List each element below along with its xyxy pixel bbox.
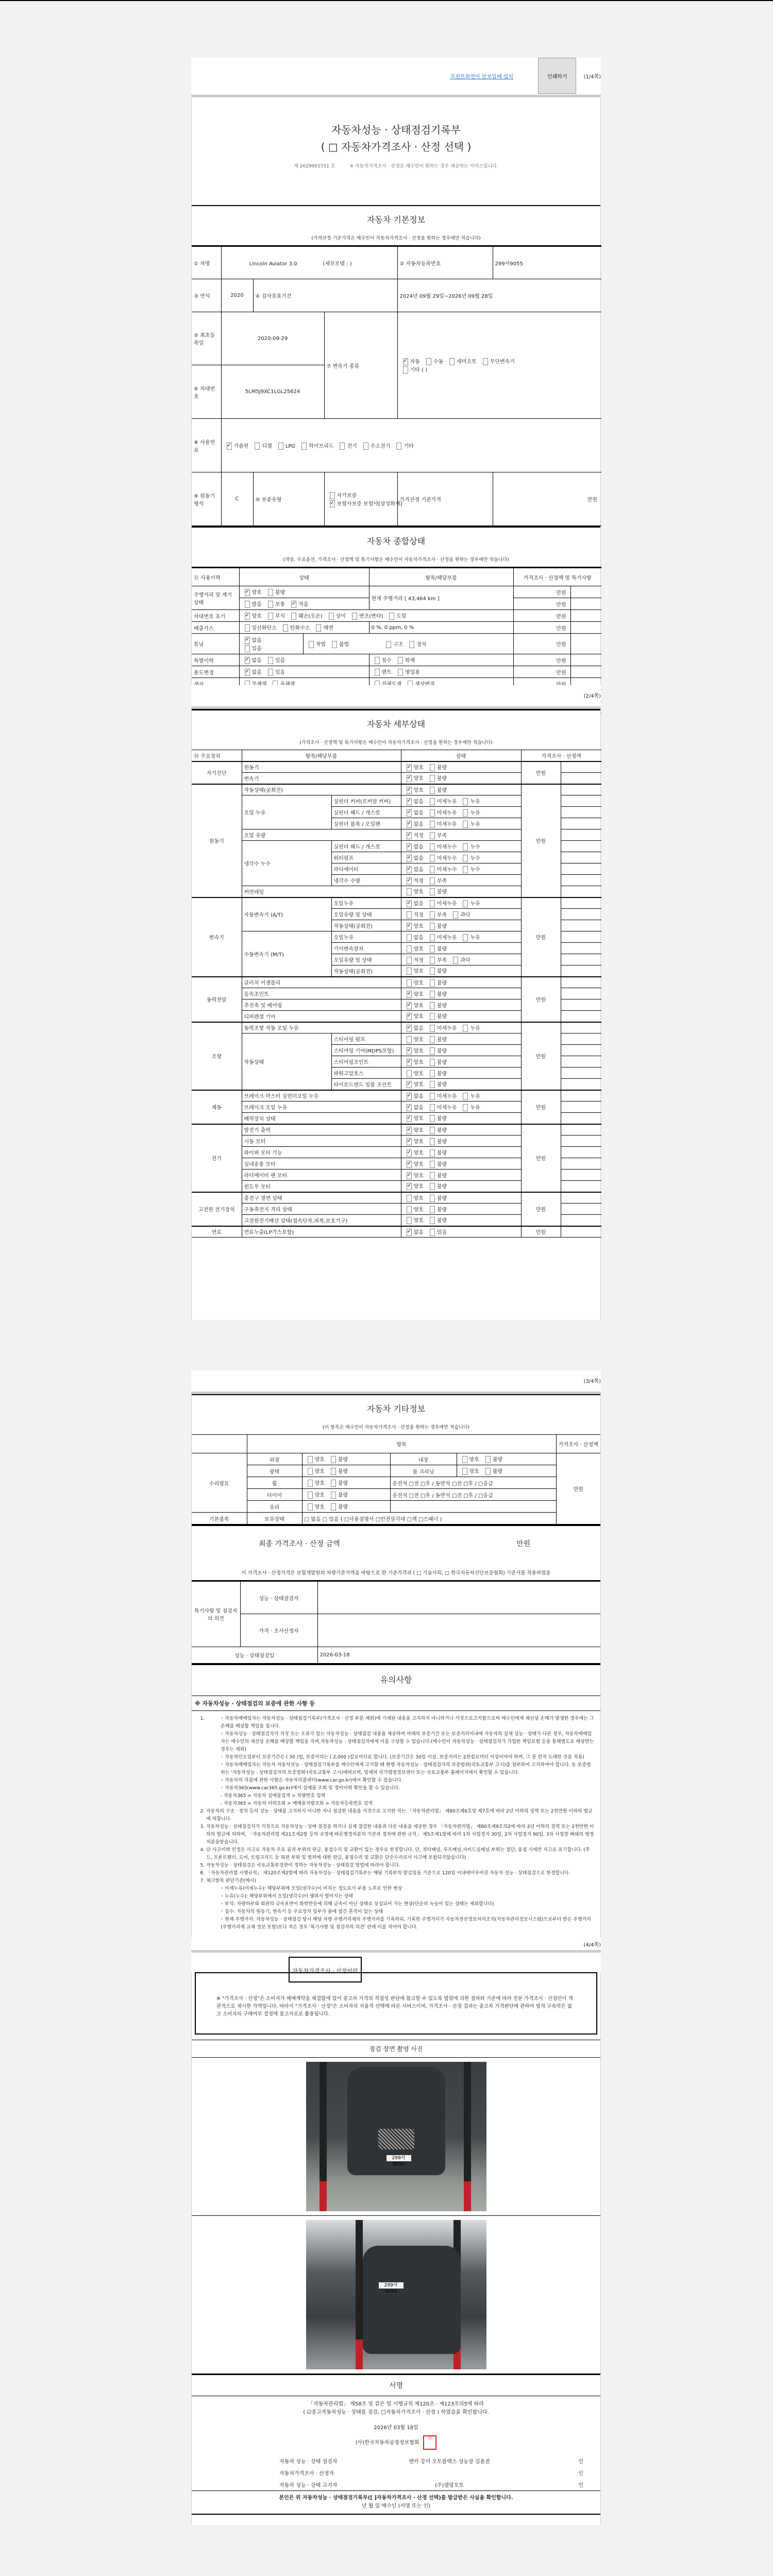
checkbox-option[interactable]: 적정 (404, 876, 424, 885)
checkbox-option[interactable]: 변조(변타) (349, 612, 383, 620)
checkbox[interactable] (407, 957, 412, 964)
checkbox-option[interactable]: 양호 (404, 1137, 424, 1145)
checkbox[interactable] (331, 1468, 336, 1475)
checkbox-option[interactable]: 불량 (427, 922, 447, 930)
checkbox-option[interactable]: 양호 (305, 1479, 325, 1487)
checkbox-option[interactable]: 누유 (460, 1092, 480, 1100)
checkbox[interactable] (463, 809, 468, 817)
checkbox[interactable] (430, 1070, 435, 1077)
checkbox-option[interactable]: 부식 (265, 612, 285, 620)
checkbox-option[interactable]: 불량 (427, 1046, 447, 1055)
checkbox-option[interactable]: 적정 (404, 956, 424, 964)
checkbox[interactable] (430, 1138, 435, 1145)
checkbox-option[interactable]: 양호 (404, 763, 424, 771)
checkbox[interactable] (430, 957, 435, 964)
checkbox-option[interactable]: 미세누유 (427, 933, 457, 941)
checkbox[interactable] (485, 1456, 491, 1463)
checkbox[interactable] (407, 1025, 412, 1032)
checkbox[interactable] (407, 764, 412, 771)
checkbox[interactable] (462, 1468, 467, 1475)
checkbox[interactable] (308, 1480, 313, 1487)
checkbox[interactable] (308, 1492, 313, 1499)
checkbox-option[interactable]: 누유 (460, 899, 480, 907)
checkbox-option[interactable]: 불량 (328, 1490, 348, 1499)
checkbox-option[interactable]: 양호 (404, 1171, 424, 1179)
checkbox-option[interactable]: 일산화탄소 (242, 623, 277, 632)
checkbox-option[interactable]: 불량 (427, 1216, 447, 1224)
checkbox[interactable] (407, 888, 412, 895)
checkbox[interactable] (430, 764, 435, 771)
print-button[interactable]: 인쇄하기 (538, 58, 576, 94)
checkbox-option[interactable]: 불량 (427, 1148, 447, 1157)
checkbox[interactable] (430, 1104, 435, 1111)
checkbox[interactable] (463, 934, 468, 941)
checkbox-option[interactable]: 기타 ( ) (400, 365, 427, 374)
checkbox-option[interactable]: 누유 (460, 933, 480, 941)
checkbox-option[interactable]: 불량 (427, 786, 447, 794)
checkbox[interactable] (407, 1104, 412, 1111)
checkbox-option[interactable]: 불량 (427, 887, 447, 895)
checkbox[interactable] (407, 1229, 412, 1236)
checkbox[interactable] (407, 1127, 412, 1134)
checkbox[interactable] (407, 991, 412, 998)
checkbox-option[interactable]: 있음 (427, 1228, 447, 1236)
checkbox[interactable] (449, 358, 455, 365)
checkbox[interactable] (407, 1115, 412, 1122)
checkbox-option[interactable]: 양호 (404, 1001, 424, 1009)
checkbox-option[interactable]: 없음 (404, 1228, 424, 1236)
checkbox[interactable] (330, 500, 335, 507)
checkbox-option[interactable]: 양호 (404, 1126, 424, 1134)
checkbox-option[interactable]: 양호 (404, 1058, 424, 1066)
checkbox-option[interactable]: 보통 (265, 600, 285, 608)
checkbox-option[interactable]: 불량 (427, 1001, 447, 1009)
checkbox-option[interactable]: 훼손(오손) (288, 612, 322, 620)
checkbox[interactable] (453, 957, 458, 964)
checkbox-option[interactable]: 보험사보증 보험사[삼성화재] (327, 499, 402, 507)
checkbox-option[interactable]: 적정 (404, 831, 424, 839)
checkbox-option[interactable]: 미세누유 (427, 899, 457, 907)
checkbox[interactable] (316, 624, 321, 632)
checkbox-option[interactable]: LPG (275, 443, 295, 450)
checkbox[interactable] (331, 1503, 336, 1511)
checkbox[interactable] (407, 843, 412, 851)
checkbox[interactable] (430, 1081, 435, 1088)
checkbox[interactable] (291, 601, 296, 608)
checkbox[interactable] (407, 832, 412, 839)
checkbox-option[interactable]: 가솔린 (224, 442, 249, 450)
checkbox[interactable] (375, 657, 380, 664)
checkbox-option[interactable]: 불량 (328, 1502, 348, 1511)
checkbox-option[interactable]: 불량 (427, 1114, 447, 1122)
checkbox-option[interactable]: 누유 (460, 797, 480, 805)
checkbox-option[interactable]: 양호 (404, 1216, 424, 1224)
checkbox[interactable] (430, 1127, 435, 1134)
checkbox[interactable] (430, 900, 435, 907)
checkbox[interactable] (407, 821, 412, 828)
checkbox[interactable] (227, 443, 232, 450)
checkbox-option[interactable]: 양호 (404, 1194, 424, 1202)
checkbox-option[interactable]: 없음 (404, 1024, 424, 1032)
checkbox-option[interactable]: 미세누유 (427, 797, 457, 805)
checkbox-option[interactable]: 양호 (404, 1046, 424, 1055)
checkbox[interactable] (407, 855, 412, 862)
checkbox-option[interactable]: 양호 (404, 1012, 424, 1020)
checkbox-option[interactable]: 탄화수소 (280, 623, 310, 632)
checkbox-option[interactable]: 불량 (427, 990, 447, 998)
checkbox[interactable] (407, 968, 412, 975)
checkbox[interactable] (407, 1093, 412, 1100)
checkbox[interactable] (389, 613, 394, 620)
checkbox-option[interactable]: 영업용 (395, 668, 420, 676)
checkbox-option[interactable]: 미세누수 (427, 854, 457, 862)
checkbox[interactable] (329, 613, 334, 620)
checkbox[interactable] (407, 1013, 412, 1020)
checkbox[interactable] (407, 1059, 412, 1066)
checkbox[interactable] (407, 1217, 412, 1224)
checkbox[interactable] (430, 1013, 435, 1020)
checkbox-option[interactable]: 불량 (427, 1126, 447, 1134)
checkbox-option[interactable]: 불량 (328, 1479, 348, 1487)
checkbox[interactable] (430, 1161, 435, 1168)
checkbox[interactable] (430, 866, 435, 873)
checkbox[interactable] (407, 1081, 412, 1088)
checkbox[interactable] (483, 358, 488, 365)
checkbox-option[interactable]: 수동 (423, 357, 443, 365)
checkbox[interactable] (308, 1468, 313, 1475)
checkbox[interactable] (407, 1195, 412, 1202)
checkbox[interactable] (340, 443, 345, 450)
checkbox-option[interactable]: 양호 (242, 588, 262, 596)
checkbox[interactable] (463, 866, 468, 873)
checkbox-option[interactable]: 양호 (404, 1148, 424, 1157)
checkbox-option[interactable]: 양호 (404, 1205, 424, 1213)
checkbox-option[interactable]: 양호 (305, 1490, 325, 1499)
checkbox-option[interactable]: 양호 (404, 1114, 424, 1122)
checkbox-option[interactable]: 불량 (427, 967, 447, 975)
checkbox[interactable] (430, 911, 435, 919)
checkbox[interactable] (403, 366, 408, 374)
checkbox-option[interactable]: 부족 (427, 831, 447, 839)
checkbox-option[interactable]: 양호 (404, 1069, 424, 1077)
checkbox[interactable] (245, 657, 250, 664)
checkbox[interactable] (255, 443, 260, 450)
checkbox[interactable] (245, 669, 250, 676)
checkbox-option[interactable]: 자동 (400, 357, 420, 365)
checkbox-option[interactable]: 없음 (404, 1103, 424, 1111)
checkbox[interactable] (430, 1093, 435, 1100)
checkbox-option[interactable]: 디젤 (251, 442, 272, 450)
checkbox-option[interactable]: 부족 (427, 910, 447, 919)
checkbox[interactable] (430, 809, 435, 817)
checkbox[interactable] (403, 358, 408, 365)
checkbox-option[interactable]: 불량 (427, 1182, 447, 1190)
checkbox-option[interactable]: 무단변속기 (480, 357, 515, 365)
checkbox[interactable] (407, 877, 412, 885)
checkbox-option[interactable]: 양호 (404, 978, 424, 987)
checkbox[interactable] (430, 1025, 435, 1032)
checkbox-option[interactable]: 있음 (265, 668, 285, 676)
checkbox-option[interactable]: 침수 (372, 656, 392, 664)
checkbox-option[interactable]: 양호 (404, 922, 424, 930)
checkbox[interactable] (430, 1047, 435, 1055)
checkbox-option[interactable]: 양호 (404, 990, 424, 998)
checkbox[interactable] (430, 1217, 435, 1224)
checkbox-option[interactable]: 불량 (427, 774, 447, 782)
checkbox-option[interactable]: 양호 (404, 944, 424, 953)
checkbox-option[interactable]: 수소전기 (360, 442, 391, 450)
checkbox-option[interactable]: 누수 (460, 842, 480, 851)
checkbox[interactable] (291, 613, 296, 620)
checkbox-option[interactable]: 누유 (460, 820, 480, 828)
checkbox[interactable] (407, 923, 412, 930)
checkbox[interactable] (386, 641, 391, 648)
checkbox-option[interactable]: 불법 (329, 640, 349, 648)
checkbox[interactable] (363, 443, 368, 450)
checkbox[interactable] (407, 775, 412, 782)
checkbox-option[interactable]: 불량 (482, 1467, 502, 1475)
checkbox[interactable] (463, 843, 468, 851)
checkbox[interactable] (245, 637, 250, 644)
checkbox-option[interactable]: 미세누유 (427, 1103, 457, 1111)
checkbox-option[interactable]: 화재 (395, 656, 415, 664)
checkbox-option[interactable]: 불량 (427, 763, 447, 771)
checkbox[interactable] (330, 492, 335, 499)
checkbox-option[interactable]: 없음 (242, 668, 262, 676)
checkbox-option[interactable]: 자가보증 (327, 491, 357, 499)
checkbox-option[interactable]: 매연 (313, 623, 333, 632)
checkbox[interactable] (309, 641, 314, 648)
checkbox[interactable] (352, 613, 357, 620)
checkbox-option[interactable]: 양호 (305, 1467, 325, 1475)
checkbox[interactable] (430, 923, 435, 930)
checkbox-option[interactable]: 불량 (427, 1137, 447, 1145)
checkbox[interactable] (407, 934, 412, 941)
checkbox-option[interactable]: 누유 (460, 1103, 480, 1111)
checkbox-option[interactable]: 양호 (459, 1455, 479, 1463)
checkbox[interactable] (430, 1183, 435, 1190)
checkbox-option[interactable]: 없음 (404, 1092, 424, 1100)
checkbox[interactable] (463, 1025, 468, 1032)
checkbox-option[interactable]: 불량 (427, 1069, 447, 1077)
checkbox-option[interactable]: 불량 (427, 1160, 447, 1168)
checkbox-option[interactable]: 기타 (393, 442, 413, 450)
checkbox[interactable] (463, 855, 468, 862)
checkbox-option[interactable]: 불량 (328, 1455, 348, 1463)
checkbox-option[interactable]: 양호 (242, 612, 262, 620)
checkbox-option[interactable]: 불량 (328, 1467, 348, 1475)
checkbox-option[interactable]: 하이브리드 (298, 442, 333, 450)
checkbox[interactable] (430, 877, 435, 885)
checkbox[interactable] (245, 645, 250, 652)
checkbox[interactable] (463, 1104, 468, 1111)
checkbox[interactable] (430, 1059, 435, 1066)
checkbox-option[interactable]: 없음 (404, 808, 424, 817)
checkbox-option[interactable]: 없음 (404, 899, 424, 907)
checkbox-option[interactable]: 없음 (404, 797, 424, 805)
checkbox[interactable] (407, 1161, 412, 1168)
checkbox[interactable] (268, 613, 273, 620)
checkbox-option[interactable]: 미세누유 (427, 808, 457, 817)
checkbox-option[interactable]: 양호 (404, 774, 424, 782)
checkbox-option[interactable]: 불량 (427, 1194, 447, 1202)
checkbox-option[interactable]: 상이 (326, 612, 346, 620)
checkbox[interactable] (278, 443, 283, 450)
checkbox-option[interactable]: 누수 (460, 854, 480, 862)
checkbox[interactable] (430, 1195, 435, 1202)
checkbox[interactable] (430, 888, 435, 895)
checkbox-option[interactable]: 불량 (427, 1205, 447, 1213)
checkbox-option[interactable]: 없음 (404, 933, 424, 941)
checkbox-option[interactable]: 미세누수 (427, 842, 457, 851)
checkbox[interactable] (407, 787, 412, 794)
checkbox-option[interactable]: 없음 (404, 854, 424, 862)
checkbox-option[interactable]: 미세누수 (427, 865, 457, 873)
checkbox-option[interactable]: 양호 (404, 967, 424, 975)
checkbox[interactable] (268, 589, 273, 596)
checkbox[interactable] (463, 798, 468, 805)
checkbox[interactable] (331, 1480, 336, 1487)
checkbox[interactable] (375, 669, 380, 676)
checkbox[interactable] (407, 809, 412, 817)
checkbox-option[interactable]: 있음 (242, 644, 262, 652)
checkbox[interactable] (301, 443, 307, 450)
checkbox[interactable] (407, 945, 412, 953)
checkbox[interactable] (407, 1047, 412, 1055)
checkbox-option[interactable]: 불량 (427, 978, 447, 987)
checkbox[interactable] (430, 787, 435, 794)
checkbox-option[interactable]: 불량 (427, 1012, 447, 1020)
checkbox-option[interactable]: 양호 (404, 1080, 424, 1088)
checkbox[interactable] (308, 1503, 313, 1511)
checkbox-option[interactable]: 적정 (404, 910, 424, 919)
checkbox-option[interactable]: 구조 (383, 640, 403, 648)
checkbox[interactable] (462, 1456, 467, 1463)
checkbox-option[interactable]: 불량 (427, 1171, 447, 1179)
checkbox[interactable] (407, 1070, 412, 1077)
checkbox[interactable] (430, 775, 435, 782)
checkbox[interactable] (268, 601, 273, 608)
checkbox[interactable] (407, 1036, 412, 1043)
checkbox[interactable] (407, 1183, 412, 1190)
checkbox[interactable] (245, 624, 250, 632)
checkbox[interactable] (396, 443, 401, 450)
checkbox[interactable] (407, 1172, 412, 1179)
checkbox[interactable] (283, 624, 288, 632)
checkbox[interactable] (430, 1229, 435, 1236)
checkbox-option[interactable]: 미세누유 (427, 1092, 457, 1100)
checkbox[interactable] (430, 1172, 435, 1179)
checkbox[interactable] (407, 1138, 412, 1145)
checkbox-option[interactable]: 세미오토 (446, 357, 477, 365)
checkbox[interactable] (407, 1149, 412, 1157)
checkbox[interactable] (463, 1093, 468, 1100)
checkbox-option[interactable]: 없음 (242, 656, 262, 664)
checkbox-option[interactable]: 양호 (404, 1160, 424, 1168)
checkbox[interactable] (407, 798, 412, 805)
checkbox-option[interactable]: 누수 (460, 865, 480, 873)
checkbox-option[interactable]: 불량 (427, 944, 447, 953)
checkbox-option[interactable]: 도말 (386, 612, 406, 620)
checkbox[interactable] (430, 1036, 435, 1043)
checkbox[interactable] (308, 1456, 313, 1463)
checkbox[interactable] (430, 1115, 435, 1122)
checkbox[interactable] (430, 832, 435, 839)
checkbox[interactable] (430, 945, 435, 953)
checkbox-option[interactable]: 부족 (427, 876, 447, 885)
checkbox[interactable] (268, 657, 273, 664)
checkbox[interactable] (430, 1002, 435, 1009)
checkbox[interactable] (485, 1468, 491, 1475)
checkbox[interactable] (245, 601, 250, 608)
checkbox[interactable] (430, 1206, 435, 1213)
checkbox[interactable] (463, 821, 468, 828)
checkbox-option[interactable]: 양호 (459, 1467, 479, 1475)
checkbox[interactable] (430, 934, 435, 941)
checkbox[interactable] (245, 613, 250, 620)
checkbox-option[interactable]: 양호 (404, 1182, 424, 1190)
checkbox-option[interactable]: 불량 (482, 1455, 502, 1463)
checkbox-option[interactable]: 누유 (460, 808, 480, 817)
checkbox-option[interactable]: 전기 (337, 442, 357, 450)
checkbox[interactable] (430, 843, 435, 851)
checkbox-option[interactable]: 적음 (288, 600, 308, 608)
checkbox[interactable] (430, 979, 435, 987)
checkbox-option[interactable]: 양호 (305, 1502, 325, 1511)
checkbox-option[interactable]: 미세누유 (427, 820, 457, 828)
checkbox-option[interactable]: 있음 (265, 656, 285, 664)
checkbox-option[interactable]: 많음 (242, 600, 262, 608)
checkbox[interactable] (398, 657, 403, 664)
checkbox[interactable] (430, 991, 435, 998)
checkbox-option[interactable]: 미세누유 (427, 1024, 457, 1032)
checkbox-option[interactable]: 적법 (306, 640, 326, 648)
checkbox[interactable] (331, 1492, 336, 1499)
checkbox[interactable] (426, 358, 431, 365)
checkbox[interactable] (332, 641, 337, 648)
checkbox[interactable] (398, 669, 403, 676)
checkbox-option[interactable]: 불량 (427, 1080, 447, 1088)
checkbox[interactable] (430, 855, 435, 862)
checkbox-option[interactable]: 장치 (406, 640, 426, 648)
checkbox-option[interactable]: 불량 (427, 1035, 447, 1043)
checkbox[interactable] (463, 900, 468, 907)
checkbox-option[interactable]: 과다 (450, 910, 470, 919)
checkbox-option[interactable]: 양호 (404, 887, 424, 895)
checkbox-option[interactable]: 없음 (242, 636, 262, 644)
checkbox[interactable] (407, 979, 412, 987)
checkbox[interactable] (453, 911, 458, 919)
checkbox-option[interactable]: 누유 (460, 1024, 480, 1032)
checkbox-option[interactable]: 불량 (265, 588, 285, 596)
print-install-link[interactable]: 프린트화면이 안보일때 설치 (450, 72, 513, 80)
checkbox[interactable] (407, 911, 412, 919)
checkbox-option[interactable]: 과다 (450, 956, 470, 964)
checkbox-option[interactable]: 양호 (404, 1035, 424, 1043)
checkbox-option[interactable]: 부족 (427, 956, 447, 964)
checkbox-option[interactable]: 양호 (305, 1455, 325, 1463)
checkbox[interactable] (268, 669, 273, 676)
checkbox[interactable] (407, 1206, 412, 1213)
checkbox[interactable] (430, 1149, 435, 1157)
checkbox[interactable] (407, 900, 412, 907)
checkbox[interactable] (331, 1456, 336, 1463)
checkbox-option[interactable]: 없음 (404, 820, 424, 828)
checkbox[interactable] (430, 821, 435, 828)
checkbox-option[interactable]: 없음 (404, 865, 424, 873)
checkbox-option[interactable]: 렌트 (372, 668, 392, 676)
checkbox[interactable] (245, 589, 250, 596)
